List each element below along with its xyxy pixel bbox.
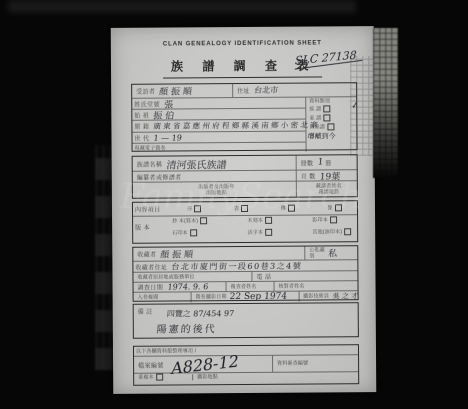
phone-cell: 電 話: [251, 271, 357, 281]
camera-operator-value: 吳 之 才: [332, 291, 358, 301]
adjacent-page-edge: [373, 28, 398, 178]
archive-note: 以下各欄資料館整理專用 /: [134, 348, 196, 354]
portraits-label: 像: [325, 205, 332, 211]
ownership-cell: 公私藏別 私: [304, 246, 357, 259]
spacer: [182, 137, 305, 138]
edition-options: 抄 本(寫本) 石印本 木刻本 活字本 影印本 其他(油印本): [170, 215, 357, 237]
film-date-cell: 微卷攝影日期 22 Sep 1974: [190, 292, 298, 303]
review-cell: 入卷複閱: [134, 294, 191, 300]
reviewer-cell: 複查者姓名: [226, 282, 274, 291]
checkbox-clan-genealogy: [323, 105, 330, 112]
checkbox-portraits: [335, 204, 342, 211]
pages-cell: 頁 數 19葉: [296, 170, 357, 180]
camera-operator-label: 攝影技術員: [301, 293, 329, 299]
generations-note: 增補到今: [307, 131, 336, 141]
edge-fade: [373, 28, 398, 178]
record-type-clan-genealogy: 族 譜 ✓: [307, 104, 356, 113]
file-number-cell: 檔案編號 A828-12: [134, 356, 272, 373]
audit-number-label: 資料審查編號: [275, 361, 308, 367]
form-english-title: CLAN GENEALOGY IDENTIFICATION SHEET: [111, 40, 374, 48]
background-top-band: [8, 0, 356, 13]
respondent-value: 顏 振 順: [159, 84, 193, 97]
option-movable-type: 活字本: [246, 228, 273, 237]
film-date-value: 22 Sep 1974: [229, 292, 287, 302]
row-file-number: 檔案編號 A828-12 資料審查編號: [134, 355, 358, 374]
contents-box: 內容項目 序 表 傳 像 版 本 抄 本(寫本) 石印本 木刻本: [132, 200, 358, 244]
checkbox-lithograph: [190, 229, 197, 236]
origin-value: 廣東省嘉應州府程鄉縣溪南鄉小密北寨: [153, 119, 321, 131]
pages-label: 頁 數: [299, 171, 317, 180]
holder-name-cell: 收藏者 顏 振 順: [133, 247, 304, 261]
address-value: 台北市: [253, 85, 278, 96]
option-photocopy: 影印本: [310, 215, 351, 224]
checkbox-biographies: [288, 205, 295, 212]
remarks-label: 備 註: [136, 307, 154, 316]
reviewer-label: 複查者姓名: [229, 283, 257, 289]
verifier-label: 核對者姓名: [277, 283, 305, 289]
filming-place-label: 攝影地點: [195, 374, 218, 380]
photocopy-label: 影印本: [310, 217, 328, 223]
lithograph-label: 石印本: [170, 230, 188, 236]
option-manuscript: 抄 本(寫本): [170, 216, 207, 225]
first-ancestor-value: 振 伯: [153, 108, 175, 121]
review-label: 入卷複閱: [136, 295, 159, 301]
genealogy-title-label: 族譜名稱: [135, 159, 164, 168]
option-portraits: 像: [325, 203, 341, 212]
holder-address-value: 台北市廈門街一段60巷3之4號: [171, 260, 303, 272]
first-ancestor-label: 始 祖: [132, 110, 150, 119]
edition-col-3: 影印本 其他(油印本): [310, 215, 351, 236]
verifier-cell: 核對者姓名: [274, 281, 358, 291]
option-biographies: 傳: [279, 204, 295, 213]
identity-box: 受訪者 顏 振 順 住址 台北市 姓氏堂號 張 始 祖 振 伯: [131, 82, 357, 152]
generations-value: 1 — 19: [153, 133, 182, 142]
volumes-label: 冊數: [299, 158, 315, 167]
duplicate-cell: 重複本: [134, 373, 192, 380]
row-filming: 入卷複閱 微卷攝影日期 22 Sep 1974 攝影技術員 吳 之 才: [134, 291, 358, 303]
edition-label: 版 本: [133, 223, 170, 232]
holder-origin-cell: 收藏者原居地或服務單位: [133, 272, 251, 282]
publish-place-label: 出版地點: [204, 190, 227, 196]
holder-value: 顏 振 順: [160, 247, 194, 260]
content-options: 序 表 傳 像: [170, 203, 357, 213]
biographies-label: 傳: [279, 205, 286, 211]
audit-number-cell: 資料審查編號: [272, 355, 358, 372]
remarks-line-2: 陽憲的後代: [156, 320, 217, 335]
checkbox-preface: [194, 205, 201, 212]
survey-date-cell: 調查日期 1974. 9. 6: [134, 282, 226, 292]
option-other-edition: 其他(油印本): [310, 227, 351, 236]
option-preface: 序: [185, 204, 201, 213]
compiler-label: 編纂者或修譜者: [135, 172, 183, 181]
archive-box: 以下各欄資料館整理專用 / 檔案編號 A828-12 資料審查編號 重複本 攝影…: [133, 344, 359, 386]
faded-stamp: [350, 56, 374, 156]
woodblock-label: 木刻本: [245, 217, 263, 223]
holder-address-label: 收藏者住址: [133, 262, 168, 271]
genealogy-title-cell: 族譜名稱 清河張氏族譜: [133, 156, 296, 171]
checkbox-pedigree: [327, 123, 334, 130]
genealogy-title-value: 清河張氏族譜: [166, 156, 227, 171]
duplicate-label: 重複本: [136, 374, 154, 380]
option-tables: 表: [232, 204, 248, 213]
ownership-label: 公私藏別: [307, 247, 325, 259]
manuscript-label: 抄 本(寫本): [170, 218, 198, 224]
camera-operator-cell: 攝影技術員 吳 之 才: [298, 291, 358, 301]
row-holder: 收藏者 顏 振 順 公私藏別 私: [133, 246, 357, 262]
holder-label: 收藏者: [135, 250, 157, 259]
address-cell: 住址 台北市: [232, 83, 356, 97]
phone-label: 電 話: [254, 272, 272, 281]
volumes-unit: 冊: [323, 158, 332, 167]
survey-date-value: 1974. 9. 6: [167, 282, 209, 291]
microfilm-photo: CLAN GENEALOGY IDENTIFICATION SHEET 族 譜 …: [0, 0, 468, 409]
checkbox-family-genealogy: [323, 114, 330, 121]
other-edition-label: 其他(油印本): [310, 229, 342, 235]
checkbox-manuscript: [200, 217, 207, 224]
edition-col-1: 抄 本(寫本) 石印本: [170, 216, 207, 237]
compiler-cell: 編纂者或修譜者: [133, 171, 296, 182]
generations-label: 世 代: [132, 133, 150, 142]
publisher-cell: 出版者及出版年 出版地點: [133, 182, 296, 198]
tables-label: 表: [232, 206, 239, 212]
form-sheet: CLAN GENEALOGY IDENTIFICATION SHEET 族 譜 …: [111, 26, 377, 394]
option-lithograph: 石印本: [170, 228, 207, 237]
row-content-items: 內容項目 序 表 傳 像: [133, 201, 357, 217]
origin-label: 原 籍: [132, 122, 150, 131]
holder-origin-label: 收藏者原居地或服務單位: [135, 274, 194, 280]
address-label: 住址: [235, 86, 251, 95]
checkbox-other-edition: [344, 228, 351, 235]
remarks-box: 備 註 四覽之 87/454 97 陽憲的後代: [133, 302, 359, 339]
row-publisher: 出版者及出版年 出版地點 藏譜者姓名 藏譜地點: [133, 181, 357, 198]
remarks-line-1: 四覽之 87/454 97: [166, 308, 234, 319]
volumes-cell: 冊數 1 冊: [296, 155, 357, 169]
edition-col-2: 木刻本 活字本: [245, 216, 272, 237]
checkbox-duplicate: [156, 374, 163, 381]
row-respondent: 受訪者 顏 振 順 住址 台北市: [132, 83, 356, 99]
volumes-value: 1: [317, 157, 324, 167]
content-items-label: 內容項目: [133, 205, 170, 214]
checkbox-tables: [241, 205, 248, 212]
row-duplicate: 重複本 攝影地點: [134, 372, 358, 381]
respondent-label: 受訪者: [134, 87, 156, 96]
file-number-label: 檔案編號: [136, 360, 165, 369]
movable-type-label: 活字本: [246, 229, 264, 235]
record-type-clan-label: 族 譜: [307, 106, 321, 112]
checkbox-woodblock: [265, 217, 272, 224]
surname-hall-label: 姓氏堂號: [132, 99, 161, 108]
holder-box: 收藏者 顏 振 順 公私藏別 私 收藏者住址 台北市廈門街一段60巷3之4號 收…: [132, 245, 358, 302]
ownership-value: 私: [328, 246, 338, 259]
identity-left-column: 姓氏堂號 張 始 祖 振 伯 原 籍 廣東省嘉應州府程鄉縣溪南鄉小密北寨 世 代…: [132, 98, 305, 153]
checkbox-movable-type: [265, 229, 272, 236]
option-woodblock: 木刻本: [245, 216, 272, 225]
row-microfilm-status: 現藏電子微卷: [133, 143, 306, 153]
identity-body: 姓氏堂號 張 始 祖 振 伯 原 籍 廣東省嘉應州府程鄉縣溪南鄉小密北寨 世 代…: [132, 97, 356, 153]
row-edition: 版 本 抄 本(寫本) 石印本 木刻本 活字本 影印本 其他(油印本): [133, 215, 357, 238]
title-box: 族譜名稱 清河張氏族譜 冊數 1 冊 編纂者或修譜者 頁 數 19葉: [132, 154, 358, 199]
preface-label: 序: [185, 206, 192, 212]
handwritten-film-number: SLC 27138: [295, 48, 357, 67]
film-date-label: 微卷攝影日期: [193, 294, 226, 300]
survey-date-label: 調查日期: [136, 283, 165, 292]
checkbox-photocopy: [330, 216, 337, 223]
filming-place-cell: 攝影地點: [192, 373, 358, 380]
holder-place-label: 藏譜地點: [316, 189, 339, 195]
respondent-cell: 受訪者 顏 振 順: [132, 84, 232, 98]
microfilm-status-label: 現藏電子微卷: [133, 145, 166, 151]
holder-cell: 藏譜者姓名 藏譜地點: [296, 181, 357, 196]
pages-value: 19葉: [319, 169, 341, 182]
